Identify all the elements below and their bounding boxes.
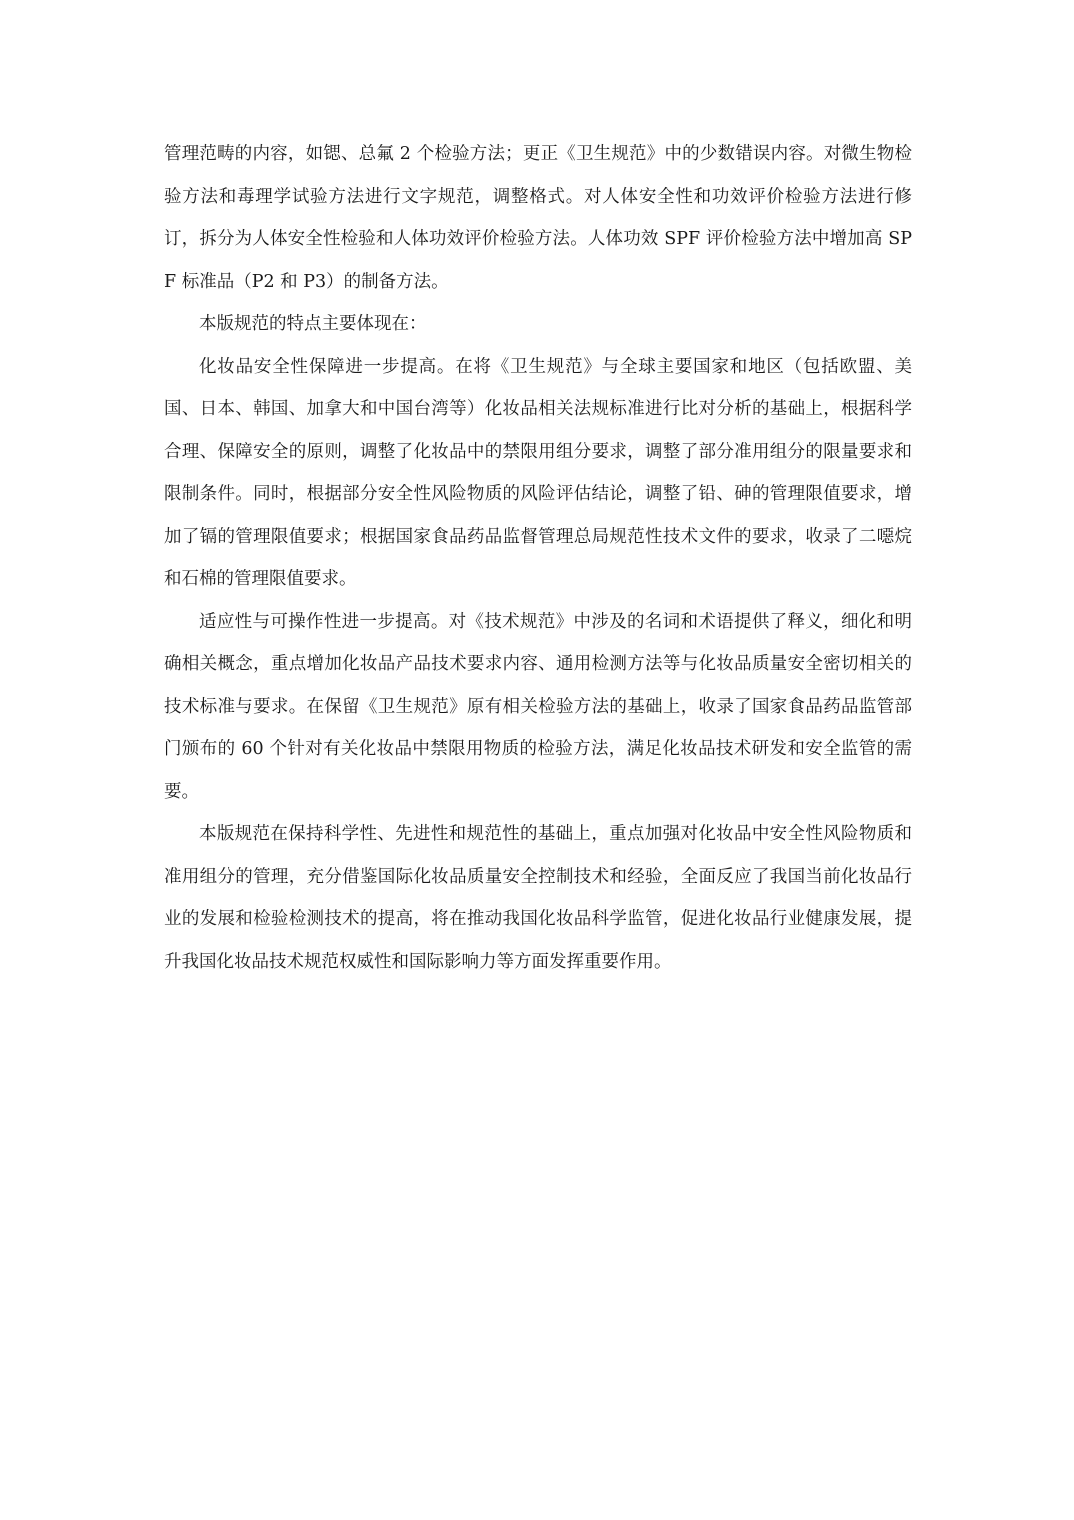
paragraph-text: 在将《卫生规范》与全球主要国家和地区（包括欧盟、美国、日本、韩国、加拿大和中国台… [164,357,912,590]
paragraph-features-intro: 本版规范的特点主要体现在： [164,303,912,346]
paragraph-text: 本版规范在保持科学性、先进性和规范性的基础上，重点加强对化妆品中安全性风险物质和… [164,824,912,972]
paragraph-conclusion: 本版规范在保持科学性、先进性和规范性的基础上，重点加强对化妆品中安全性风险物质和… [164,813,912,983]
paragraph-text: 管理范畴的内容，如锶、总氟 2 个检验方法；更正《卫生规范》中的少数错误内容。对… [164,144,912,292]
paragraph-lead-heading: 化妆品安全性保障进一步提高。 [199,357,455,377]
paragraph-adaptability: 适应性与可操作性进一步提高。对《技术规范》中涉及的名词和术语提供了释义，细化和明… [164,601,912,814]
paragraph-safety: 化妆品安全性保障进一步提高。在将《卫生规范》与全球主要国家和地区（包括欧盟、美国… [164,346,912,601]
paragraph-text: 对《技术规范》中涉及的名词和术语提供了释义，细化和明确相关概念，重点增加化妆品产… [164,612,912,802]
paragraph-lead-heading: 适应性与可操作性进一步提高。 [199,612,449,632]
document-page: 管理范畴的内容，如锶、总氟 2 个检验方法；更正《卫生规范》中的少数错误内容。对… [164,133,912,983]
paragraph-continuation: 管理范畴的内容，如锶、总氟 2 个检验方法；更正《卫生规范》中的少数错误内容。对… [164,133,912,303]
paragraph-text: 本版规范的特点主要体现在： [199,314,427,334]
